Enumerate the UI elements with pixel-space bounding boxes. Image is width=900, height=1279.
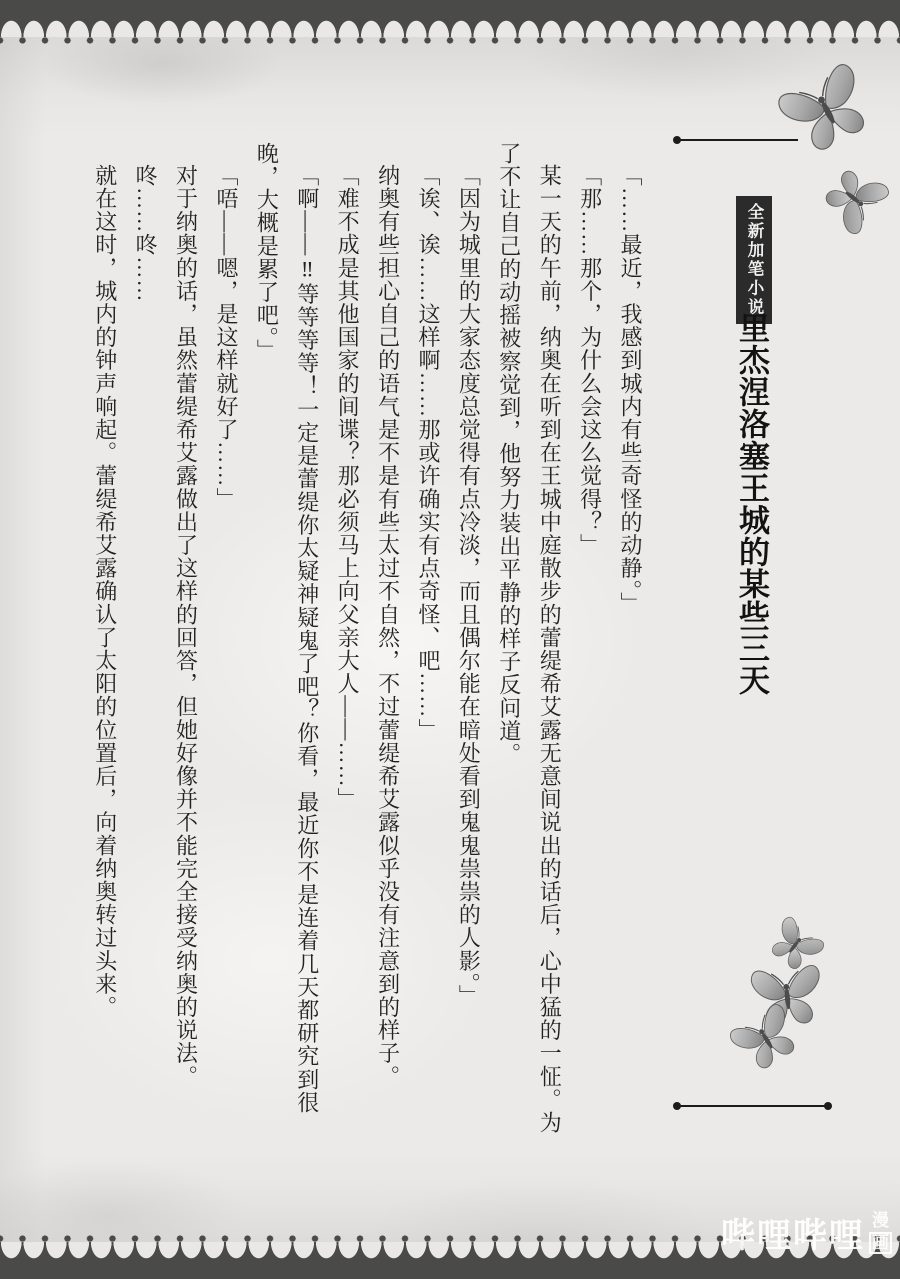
novel-paragraph: 就在这时，城内的钟声响起。蕾缇希艾露确认了太阳的位置后，向着纳奥转过头来。 bbox=[84, 142, 124, 1140]
novel-paragraph: 咚……咚…… bbox=[125, 142, 165, 1140]
novel-paragraph: 纳奥有些担心自己的语气是不是有些太过不自然，不过蕾缇希艾露似乎没有注意到的样子。 bbox=[367, 142, 407, 1140]
watermark-text: 漫 bbox=[872, 1212, 889, 1230]
novel-scan-page: { "page": { "badge_label": "全新加笔小说", "ti… bbox=[0, 0, 900, 1279]
novel-paragraph: 「……最近，我感到城内有些奇怪的动静。」 bbox=[610, 142, 650, 1140]
butterfly-icon bbox=[808, 152, 900, 247]
novel-paragraph: 「因为城里的大家态度总觉得有点冷淡，而且偶尔能在暗处看到鬼鬼祟祟的人影。」 bbox=[448, 142, 488, 1140]
novel-paragraph: 「啊——‼等等等等！一定是蕾缇你太疑神疑鬼了吧？你看，最近你不是连着几天都研究到… bbox=[246, 142, 327, 1140]
rule-end-dot bbox=[824, 1102, 832, 1110]
watermark-logo: 漫 画 bbox=[869, 1212, 892, 1254]
novel-paragraph: 「唔——嗯，是这样就好了……」 bbox=[206, 142, 246, 1140]
watermark-text-boxed: 画 bbox=[869, 1232, 892, 1254]
rule-end-dot bbox=[673, 1102, 681, 1110]
novel-paragraph: 某一天的午前，纳奥在听到在王城中庭散步的蕾缇希艾露无意间说出的话后，心中猛的一怔… bbox=[488, 142, 569, 1140]
border-band bbox=[0, 1259, 900, 1279]
border-arches bbox=[0, 20, 900, 37]
scallop-lace-border-top bbox=[0, 0, 900, 46]
rule-end-dot bbox=[673, 136, 681, 144]
bonus-novel-badge: 全新加笔小说 bbox=[736, 196, 772, 324]
butterfly-icon bbox=[761, 43, 889, 171]
watermark: 哔哩哔哩 漫 画 bbox=[721, 1208, 892, 1257]
watermark-text: 哔哩哔哩 bbox=[721, 1208, 865, 1257]
novel-paragraph: 「难不成是其他国家的间谍？那必须马上向父亲大人——……」 bbox=[327, 142, 367, 1140]
decorative-rule-bottom bbox=[676, 1105, 829, 1107]
novel-paragraph: 「诶、诶……这样啊……那或许确实有点奇怪、吧……」 bbox=[408, 142, 448, 1140]
novel-title: 里杰涅洛塞王城的某些三天 bbox=[728, 312, 774, 696]
border-fringe-dots bbox=[0, 37, 900, 46]
novel-paragraph: 对于纳奥的话，虽然蕾缇希艾露做出了这样的回答，但她好像并不能完全接受纳奥的说法。 bbox=[165, 142, 205, 1140]
novel-body-text: 「……最近，我感到城内有些奇怪的动静。」 「那……那个，为什么会这么觉得？」 某… bbox=[82, 142, 650, 1140]
border-band bbox=[0, 0, 900, 20]
decorative-rule-top bbox=[676, 139, 798, 141]
novel-paragraph: 「那……那个，为什么会这么觉得？」 bbox=[569, 142, 609, 1140]
